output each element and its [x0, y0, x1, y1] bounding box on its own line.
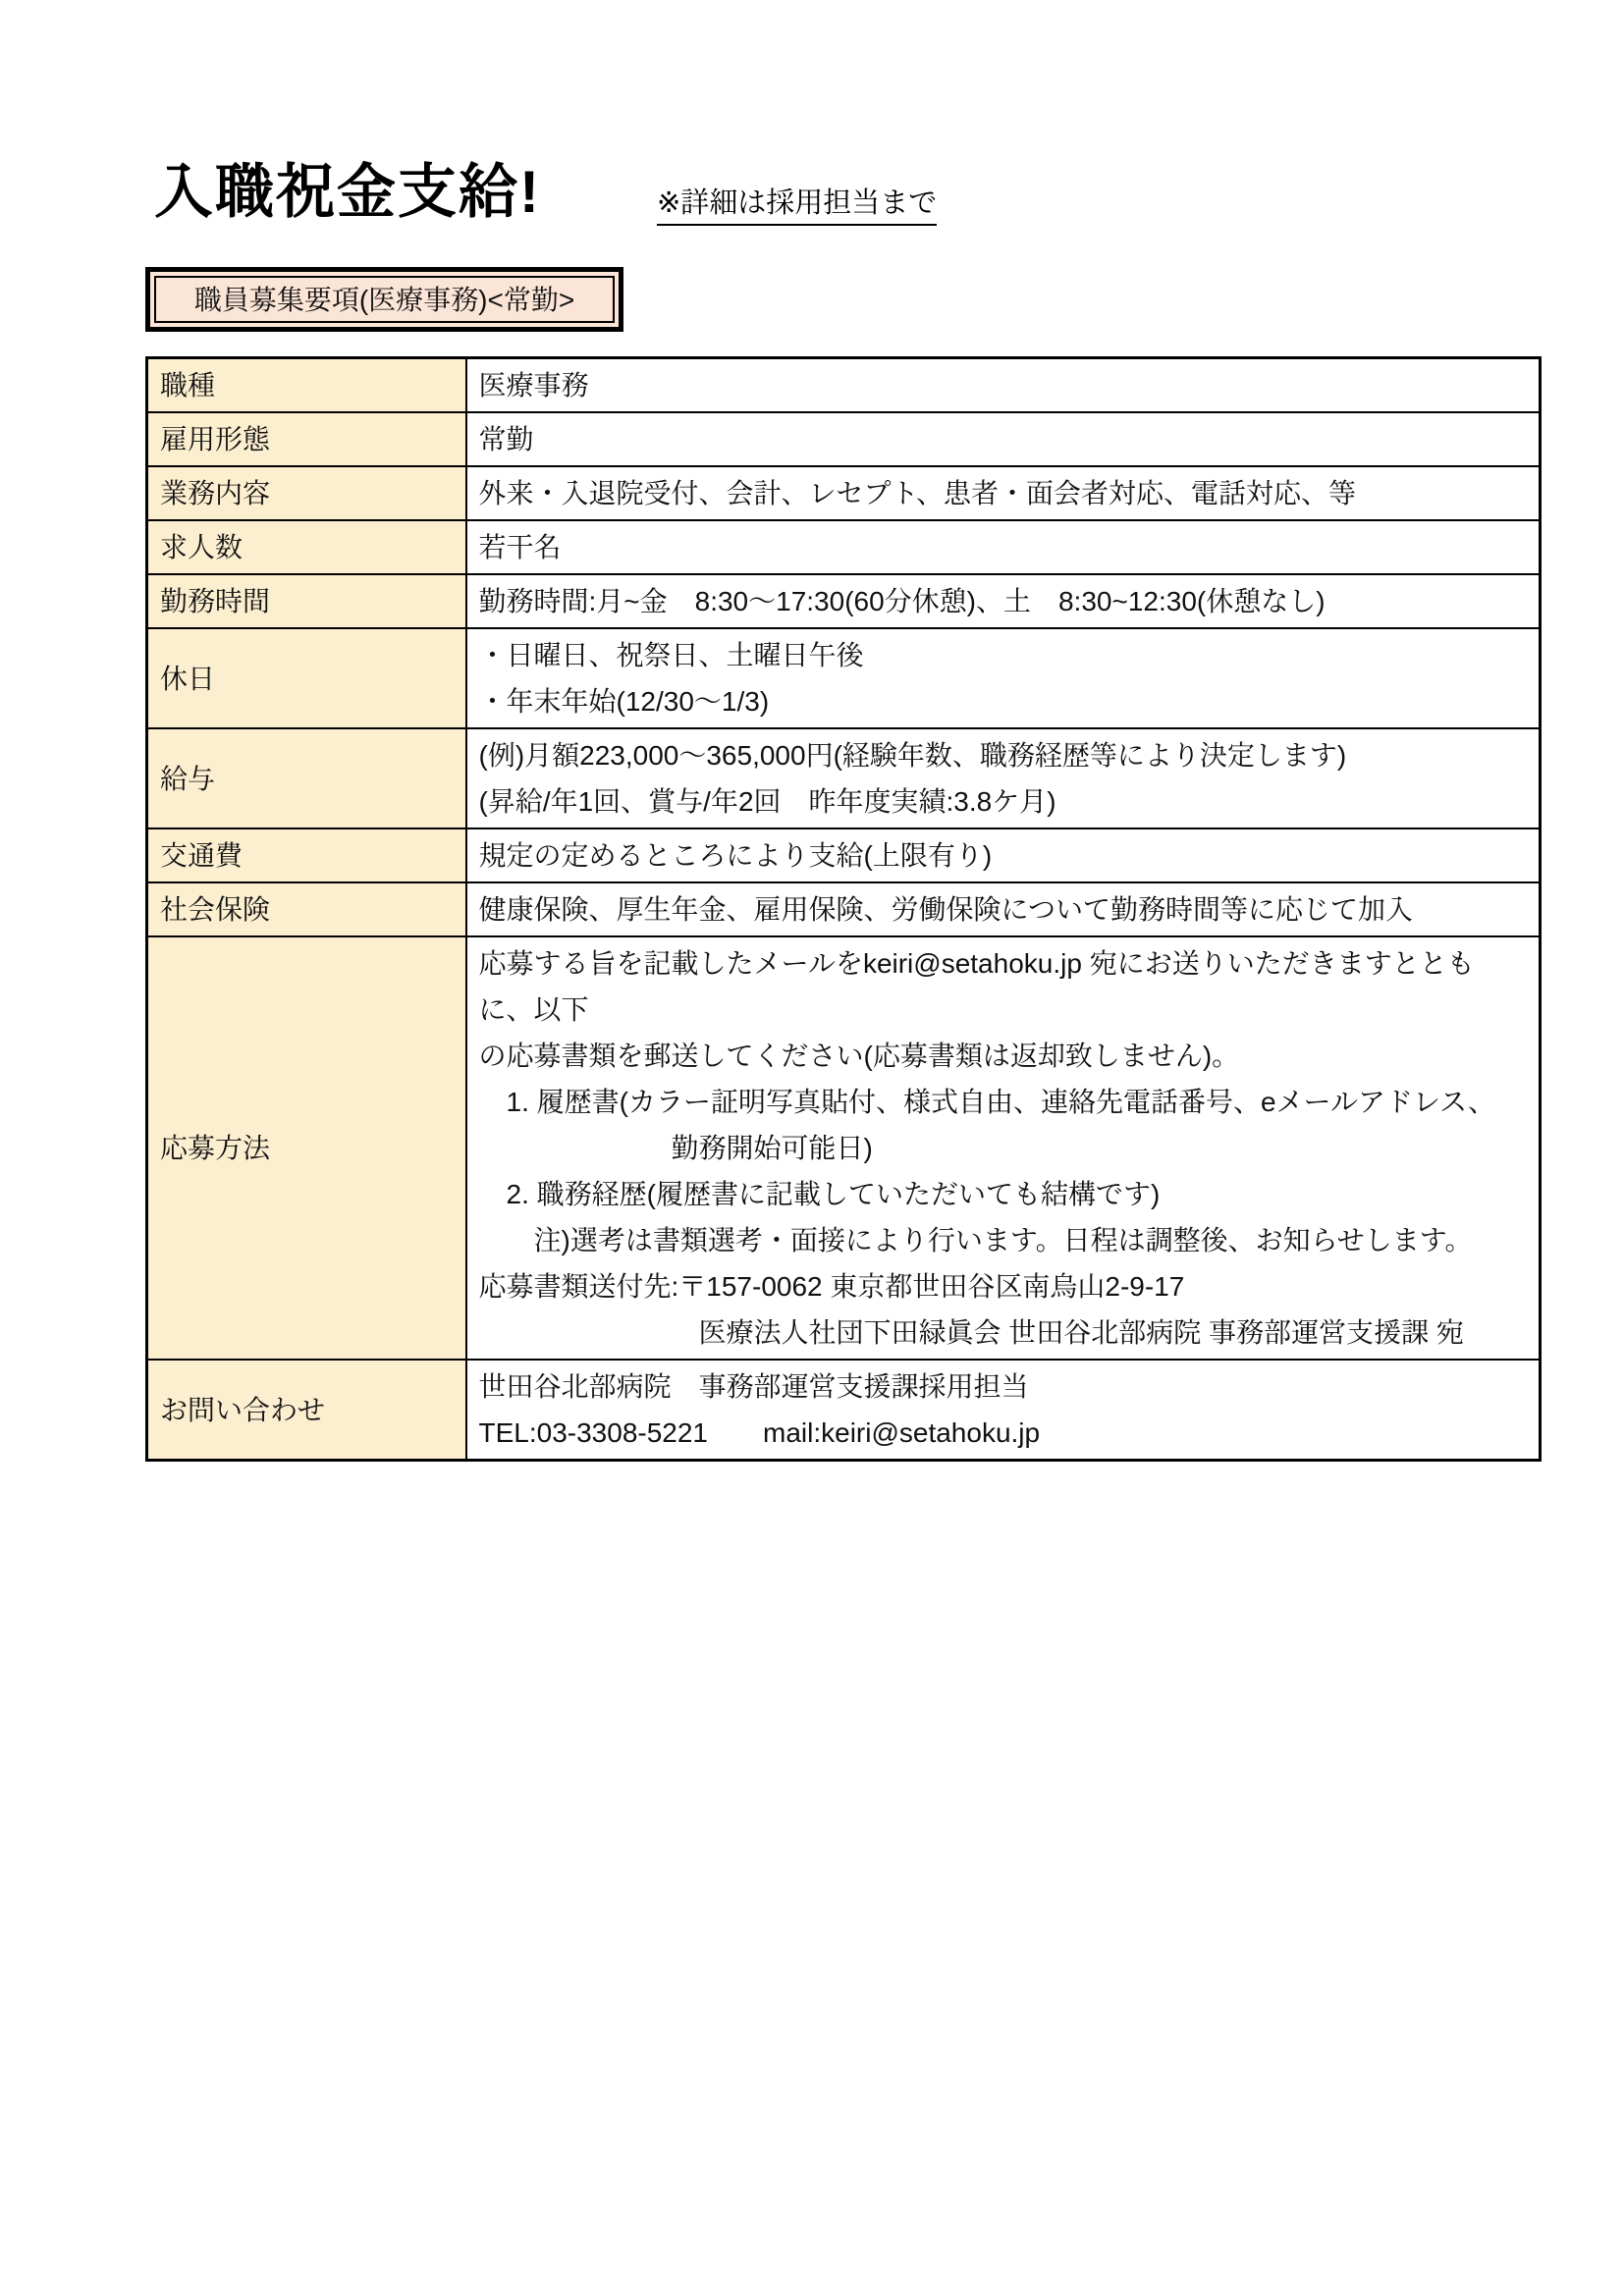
table-row: 社会保険健康保険、厚生年金、雇用保険、労働保険について勤務時間等に応じて加入 [147, 882, 1541, 936]
text-line: (昇給/年1回、賞与/年2回 昨年度実績:3.8ケ月) [479, 778, 1528, 825]
page-title: 入職祝金支給! [154, 145, 541, 230]
text-line: 応募書類送付先:〒157-0062 東京都世田谷区南烏山2-9-17 [479, 1263, 1528, 1309]
table-row: 職種医療事務 [147, 358, 1541, 413]
table-row: お問い合わせ世田谷北部病院 事務部運営支援課採用担当TEL:03-3308-52… [147, 1360, 1541, 1461]
section-header-text: 職員募集要項(医療事務)<常勤> [154, 276, 615, 323]
row-value: 規定の定めるところにより支給(上限有り) [466, 828, 1541, 882]
table-row: 雇用形態常勤 [147, 412, 1541, 466]
row-label: お問い合わせ [147, 1360, 466, 1461]
row-label: 勤務時間 [147, 574, 466, 628]
row-value: 応募する旨を記載したメールをkeiri@setahoku.jp 宛にお送りいただ… [466, 936, 1541, 1360]
text-line: TEL:03-3308-5221 mail:keiri@setahoku.jp [479, 1410, 1528, 1456]
row-label: 給与 [147, 728, 466, 828]
text-line: 若干名 [479, 524, 1528, 570]
text-line: の応募書類を郵送してください(応募書類は返却致しません)。 [479, 1033, 1528, 1079]
row-value: 勤務時間:月~金 8:30〜17:30(60分休憩)、土 8:30~12:30(… [466, 574, 1541, 628]
row-label: 休日 [147, 628, 466, 728]
row-value: ・日曜日、祝祭日、土曜日午後・年末年始(12/30〜1/3) [466, 628, 1541, 728]
row-value: (例)月額223,000〜365,000円(経験年数、職務経歴等により決定します… [466, 728, 1541, 828]
text-line: 注)選考は書類選考・面接により行います。日程は調整後、お知らせします。 [479, 1217, 1528, 1263]
row-value: 医療事務 [466, 358, 1541, 413]
title-note: ※詳細は採用担当まで [657, 181, 937, 226]
table-row: 給与(例)月額223,000〜365,000円(経験年数、職務経歴等により決定し… [147, 728, 1541, 828]
table-row: 休日・日曜日、祝祭日、土曜日午後・年末年始(12/30〜1/3) [147, 628, 1541, 728]
text-line: 常勤 [479, 416, 1528, 462]
row-value: 世田谷北部病院 事務部運営支援課採用担当TEL:03-3308-5221 mai… [466, 1360, 1541, 1461]
table-row: 交通費規定の定めるところにより支給(上限有り) [147, 828, 1541, 882]
text-line: ・年末年始(12/30〜1/3) [479, 678, 1528, 724]
row-value: 常勤 [466, 412, 1541, 466]
title-row: 入職祝金支給! ※詳細は採用担当まで [154, 145, 1624, 230]
row-label: 応募方法 [147, 936, 466, 1360]
text-line: 1. 履歴書(カラー証明写真貼付、様式自由、連絡先電話番号、eメールアドレス、 [479, 1079, 1528, 1125]
text-line: 勤務時間:月~金 8:30〜17:30(60分休憩)、土 8:30~12:30(… [479, 578, 1528, 624]
text-line: 2. 職務経歴(履歴書に記載していただいても結構です) [479, 1171, 1528, 1217]
text-line: ・日曜日、祝祭日、土曜日午後 [479, 632, 1528, 678]
table-row: 求人数若干名 [147, 520, 1541, 574]
row-label: 求人数 [147, 520, 466, 574]
row-label: 社会保険 [147, 882, 466, 936]
text-line: 外来・入退院受付、会計、レセプト、患者・面会者対応、電話対応、等 [479, 470, 1528, 516]
row-value: 外来・入退院受付、会計、レセプト、患者・面会者対応、電話対応、等 [466, 466, 1541, 520]
row-label: 業務内容 [147, 466, 466, 520]
row-label: 交通費 [147, 828, 466, 882]
row-label: 雇用形態 [147, 412, 466, 466]
table-row: 業務内容外来・入退院受付、会計、レセプト、患者・面会者対応、電話対応、等 [147, 466, 1541, 520]
table-row: 応募方法応募する旨を記載したメールをkeiri@setahoku.jp 宛にお送… [147, 936, 1541, 1360]
text-line: 勤務開始可能日) [479, 1125, 1528, 1171]
table-body: 職種医療事務雇用形態常勤業務内容外来・入退院受付、会計、レセプト、患者・面会者対… [147, 358, 1541, 1461]
text-line: 医療法人社団下田緑眞会 世田谷北部病院 事務部運営支援課 宛 [479, 1309, 1528, 1356]
text-line: 規定の定めるところにより支給(上限有り) [479, 832, 1528, 879]
page: { "page": { "title": "入職祝金支給!", "title_n… [0, 0, 1624, 2296]
text-line: 応募する旨を記載したメールをkeiri@setahoku.jp 宛にお送りいただ… [479, 940, 1528, 1033]
row-value: 若干名 [466, 520, 1541, 574]
section-header-box: 職員募集要項(医療事務)<常勤> [145, 267, 623, 332]
table-row: 勤務時間勤務時間:月~金 8:30〜17:30(60分休憩)、土 8:30~12… [147, 574, 1541, 628]
row-label: 職種 [147, 358, 466, 413]
recruitment-spec-table: 職種医療事務雇用形態常勤業務内容外来・入退院受付、会計、レセプト、患者・面会者対… [145, 356, 1542, 1462]
row-value: 健康保険、厚生年金、雇用保険、労働保険について勤務時間等に応じて加入 [466, 882, 1541, 936]
text-line: 医療事務 [479, 362, 1528, 408]
text-line: 健康保険、厚生年金、雇用保険、労働保険について勤務時間等に応じて加入 [479, 886, 1528, 933]
text-line: (例)月額223,000〜365,000円(経験年数、職務経歴等により決定します… [479, 732, 1528, 778]
text-line: 世田谷北部病院 事務部運営支援課採用担当 [479, 1363, 1528, 1410]
